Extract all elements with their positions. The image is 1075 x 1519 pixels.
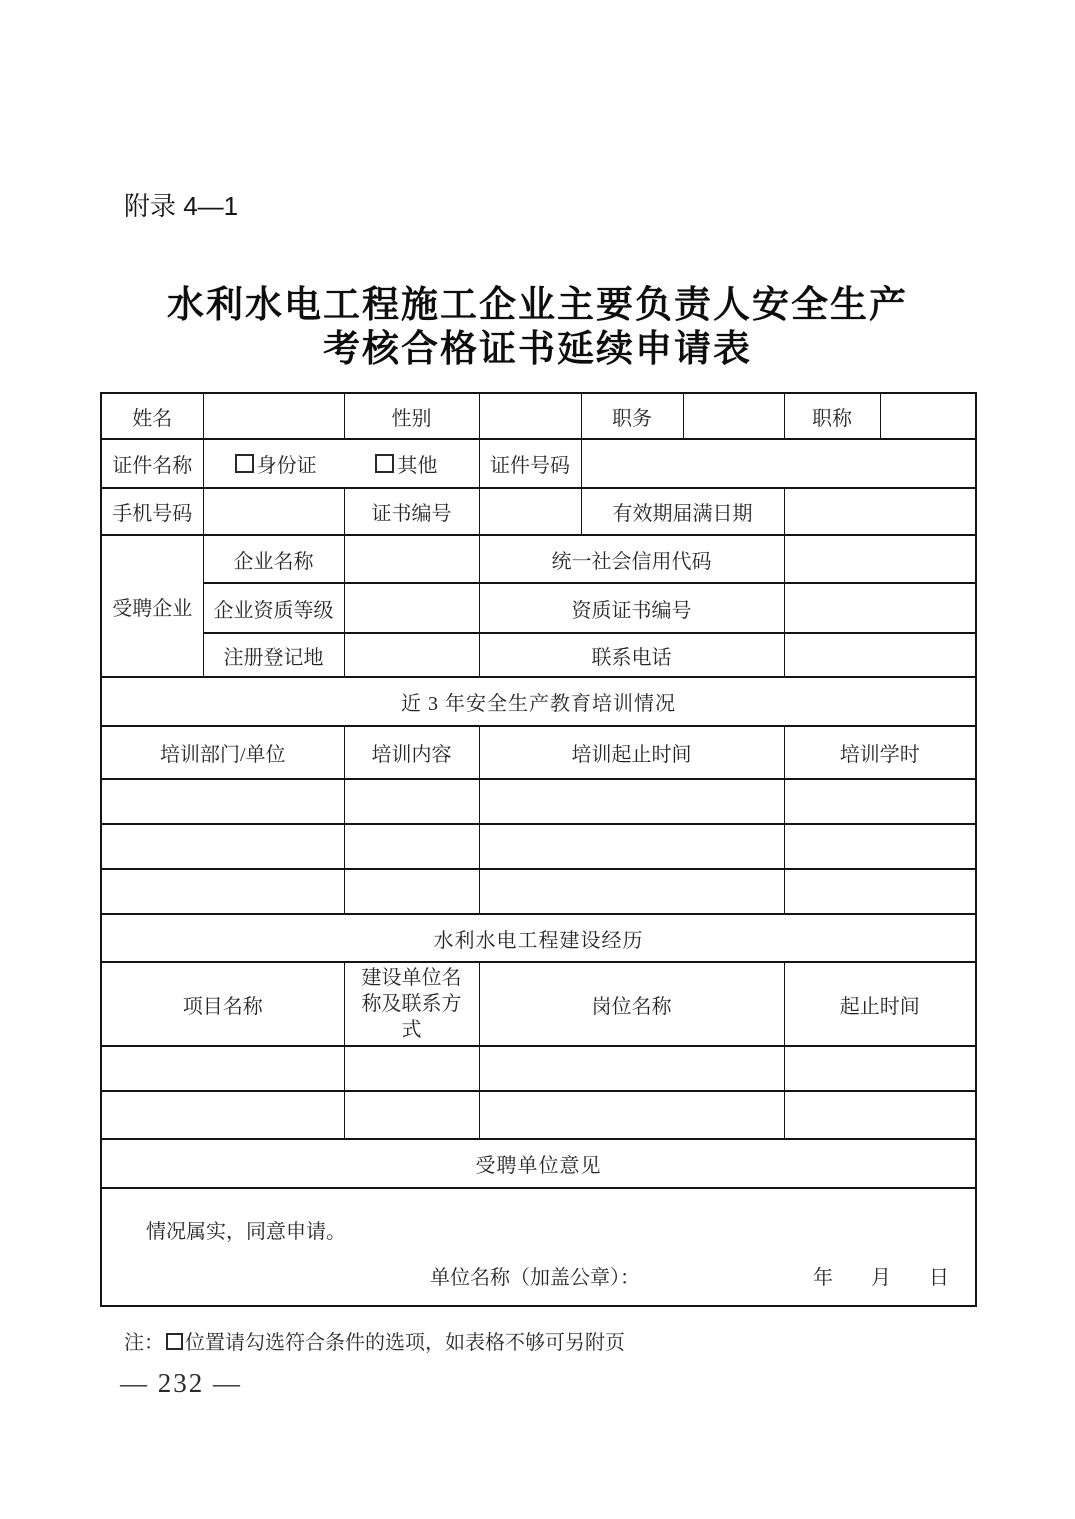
title-line-1: 水利水电工程施工企业主要负责人安全生产 bbox=[100, 284, 975, 328]
row-opinion-content: 情况属实，同意申请。 单位名称（加盖公章）： 年 月 日 bbox=[101, 1188, 976, 1306]
experience-row-1 bbox=[101, 1046, 976, 1091]
prof-title-label: 职称 bbox=[784, 393, 880, 439]
training-row-1 bbox=[101, 779, 976, 824]
registered-place-label: 注册登记地 bbox=[203, 633, 344, 677]
footnote-text: 位置请勾选符合条件的选项，如表格不够可另附页 bbox=[185, 1332, 625, 1354]
training-cell bbox=[344, 869, 479, 914]
training-row-2 bbox=[101, 824, 976, 869]
training-header-period: 培训起止时间 bbox=[479, 726, 784, 779]
training-cell bbox=[344, 779, 479, 824]
company-name-value-cell bbox=[344, 535, 479, 583]
expiry-date-label: 有效期届满日期 bbox=[581, 488, 784, 535]
prof-title-value-cell bbox=[880, 393, 976, 439]
row-employer-company-name: 受聘企业 企业名称 统一社会信用代码 bbox=[101, 535, 976, 583]
row-training-headers: 培训部门/单位 培训内容 培训起止时间 培训学时 bbox=[101, 726, 976, 779]
id-other-option[interactable]: 其他 bbox=[341, 449, 472, 478]
experience-cell bbox=[101, 1046, 344, 1091]
credit-code-label: 统一社会信用代码 bbox=[479, 535, 784, 583]
training-header-hours: 培训学时 bbox=[784, 726, 976, 779]
training-cell bbox=[784, 824, 976, 869]
experience-cell bbox=[101, 1091, 344, 1139]
cert-no-value-cell bbox=[479, 488, 581, 535]
experience-cell bbox=[344, 1046, 479, 1091]
qualification-level-value-cell bbox=[344, 583, 479, 633]
row-training-section-title: 近 3 年安全生产教育培训情况 bbox=[101, 677, 976, 726]
training-header-department: 培训部门/单位 bbox=[101, 726, 344, 779]
experience-cell bbox=[784, 1046, 976, 1091]
experience-header-owner-text: 建设单位名称及联系方式 bbox=[359, 965, 465, 1043]
opinion-section-title: 受聘单位意见 bbox=[101, 1139, 976, 1188]
title-line-2: 考核合格证书延续申请表 bbox=[100, 328, 975, 372]
row-employer-registration: 注册登记地 联系电话 bbox=[101, 633, 976, 677]
row-contact-cert: 手机号码 证书编号 有效期届满日期 bbox=[101, 488, 976, 535]
experience-header-period: 起止时间 bbox=[784, 962, 976, 1046]
training-cell bbox=[101, 869, 344, 914]
training-cell bbox=[479, 869, 784, 914]
mobile-label: 手机号码 bbox=[101, 488, 203, 535]
checkbox-note-icon bbox=[166, 1333, 183, 1350]
experience-header-post: 岗位名称 bbox=[479, 962, 784, 1046]
cert-no-label: 证书编号 bbox=[344, 488, 479, 535]
row-experience-headers: 项目名称 建设单位名称及联系方式 岗位名称 起止时间 bbox=[101, 962, 976, 1046]
row-opinion-section-title: 受聘单位意见 bbox=[101, 1139, 976, 1188]
footnote: 注：位置请勾选符合条件的选项，如表格不够可另附页 bbox=[124, 1326, 625, 1355]
page-number: — 232 — bbox=[120, 1368, 242, 1399]
experience-row-2 bbox=[101, 1091, 976, 1139]
row-employer-qualification: 企业资质等级 资质证书编号 bbox=[101, 583, 976, 633]
registered-place-value-cell bbox=[344, 633, 479, 677]
experience-cell bbox=[479, 1091, 784, 1139]
checkbox-other-icon[interactable] bbox=[375, 454, 394, 473]
id-number-label: 证件号码 bbox=[479, 439, 581, 488]
qualification-cert-no-label: 资质证书编号 bbox=[479, 583, 784, 633]
opinion-content-cell: 情况属实，同意申请。 单位名称（加盖公章）： 年 月 日 bbox=[101, 1188, 976, 1306]
id-type-label: 证件名称 bbox=[101, 439, 203, 488]
row-id-info: 证件名称 身份证其他 证件号码 bbox=[101, 439, 976, 488]
gender-label: 性别 bbox=[344, 393, 479, 439]
qualification-level-label: 企业资质等级 bbox=[203, 583, 344, 633]
gender-value-cell bbox=[479, 393, 581, 439]
date-line: 年 月 日 bbox=[813, 1261, 949, 1290]
document-page: 附录 4—1 水利水电工程施工企业主要负责人安全生产 考核合格证书延续申请表 姓… bbox=[0, 0, 1075, 1519]
year-label: 年 bbox=[813, 1261, 833, 1290]
month-label: 月 bbox=[871, 1261, 891, 1290]
contact-phone-value-cell bbox=[784, 633, 976, 677]
day-label: 日 bbox=[929, 1261, 949, 1290]
training-cell bbox=[344, 824, 479, 869]
experience-header-owner: 建设单位名称及联系方式 bbox=[344, 962, 479, 1046]
training-section-title: 近 3 年安全生产教育培训情况 bbox=[101, 677, 976, 726]
credit-code-value-cell bbox=[784, 535, 976, 583]
employer-label: 受聘企业 bbox=[101, 535, 203, 677]
company-name-label: 企业名称 bbox=[203, 535, 344, 583]
id-number-value-cell bbox=[581, 439, 976, 488]
row-experience-section-title: 水利水电工程建设经历 bbox=[101, 914, 976, 962]
training-cell bbox=[479, 779, 784, 824]
opinion-statement: 情况属实，同意申请。 bbox=[146, 1215, 346, 1244]
page-title: 水利水电工程施工企业主要负责人安全生产 考核合格证书延续申请表 bbox=[100, 284, 975, 372]
id-other-option-label: 其他 bbox=[397, 455, 437, 477]
experience-cell bbox=[479, 1046, 784, 1091]
training-cell bbox=[101, 779, 344, 824]
qualification-cert-no-value-cell bbox=[784, 583, 976, 633]
id-card-option[interactable]: 身份证 bbox=[210, 449, 341, 478]
checkbox-id-card-icon[interactable] bbox=[235, 454, 254, 473]
contact-phone-label: 联系电话 bbox=[479, 633, 784, 677]
experience-cell bbox=[784, 1091, 976, 1139]
name-label: 姓名 bbox=[101, 393, 203, 439]
training-row-3 bbox=[101, 869, 976, 914]
training-cell bbox=[784, 779, 976, 824]
position-value-cell bbox=[683, 393, 784, 439]
expiry-date-value-cell bbox=[784, 488, 976, 535]
id-card-option-label: 身份证 bbox=[257, 455, 317, 477]
name-value-cell bbox=[203, 393, 344, 439]
experience-cell bbox=[344, 1091, 479, 1139]
experience-header-project: 项目名称 bbox=[101, 962, 344, 1046]
appendix-label: 附录 4—1 bbox=[124, 186, 238, 223]
training-cell bbox=[784, 869, 976, 914]
training-cell bbox=[101, 824, 344, 869]
seal-line-label: 单位名称（加盖公章）： bbox=[430, 1261, 640, 1290]
training-header-content: 培训内容 bbox=[344, 726, 479, 779]
id-type-options-cell: 身份证其他 bbox=[203, 439, 479, 488]
training-cell bbox=[479, 824, 784, 869]
experience-section-title: 水利水电工程建设经历 bbox=[101, 914, 976, 962]
mobile-value-cell bbox=[203, 488, 344, 535]
position-label: 职务 bbox=[581, 393, 683, 439]
application-form-table: 姓名 性别 职务 职称 证件名称 身份证其他 证件号码 手机号码 证书编号 有效… bbox=[100, 392, 977, 1307]
footnote-prefix: 注： bbox=[124, 1332, 164, 1354]
row-personal-info: 姓名 性别 职务 职称 bbox=[101, 393, 976, 439]
